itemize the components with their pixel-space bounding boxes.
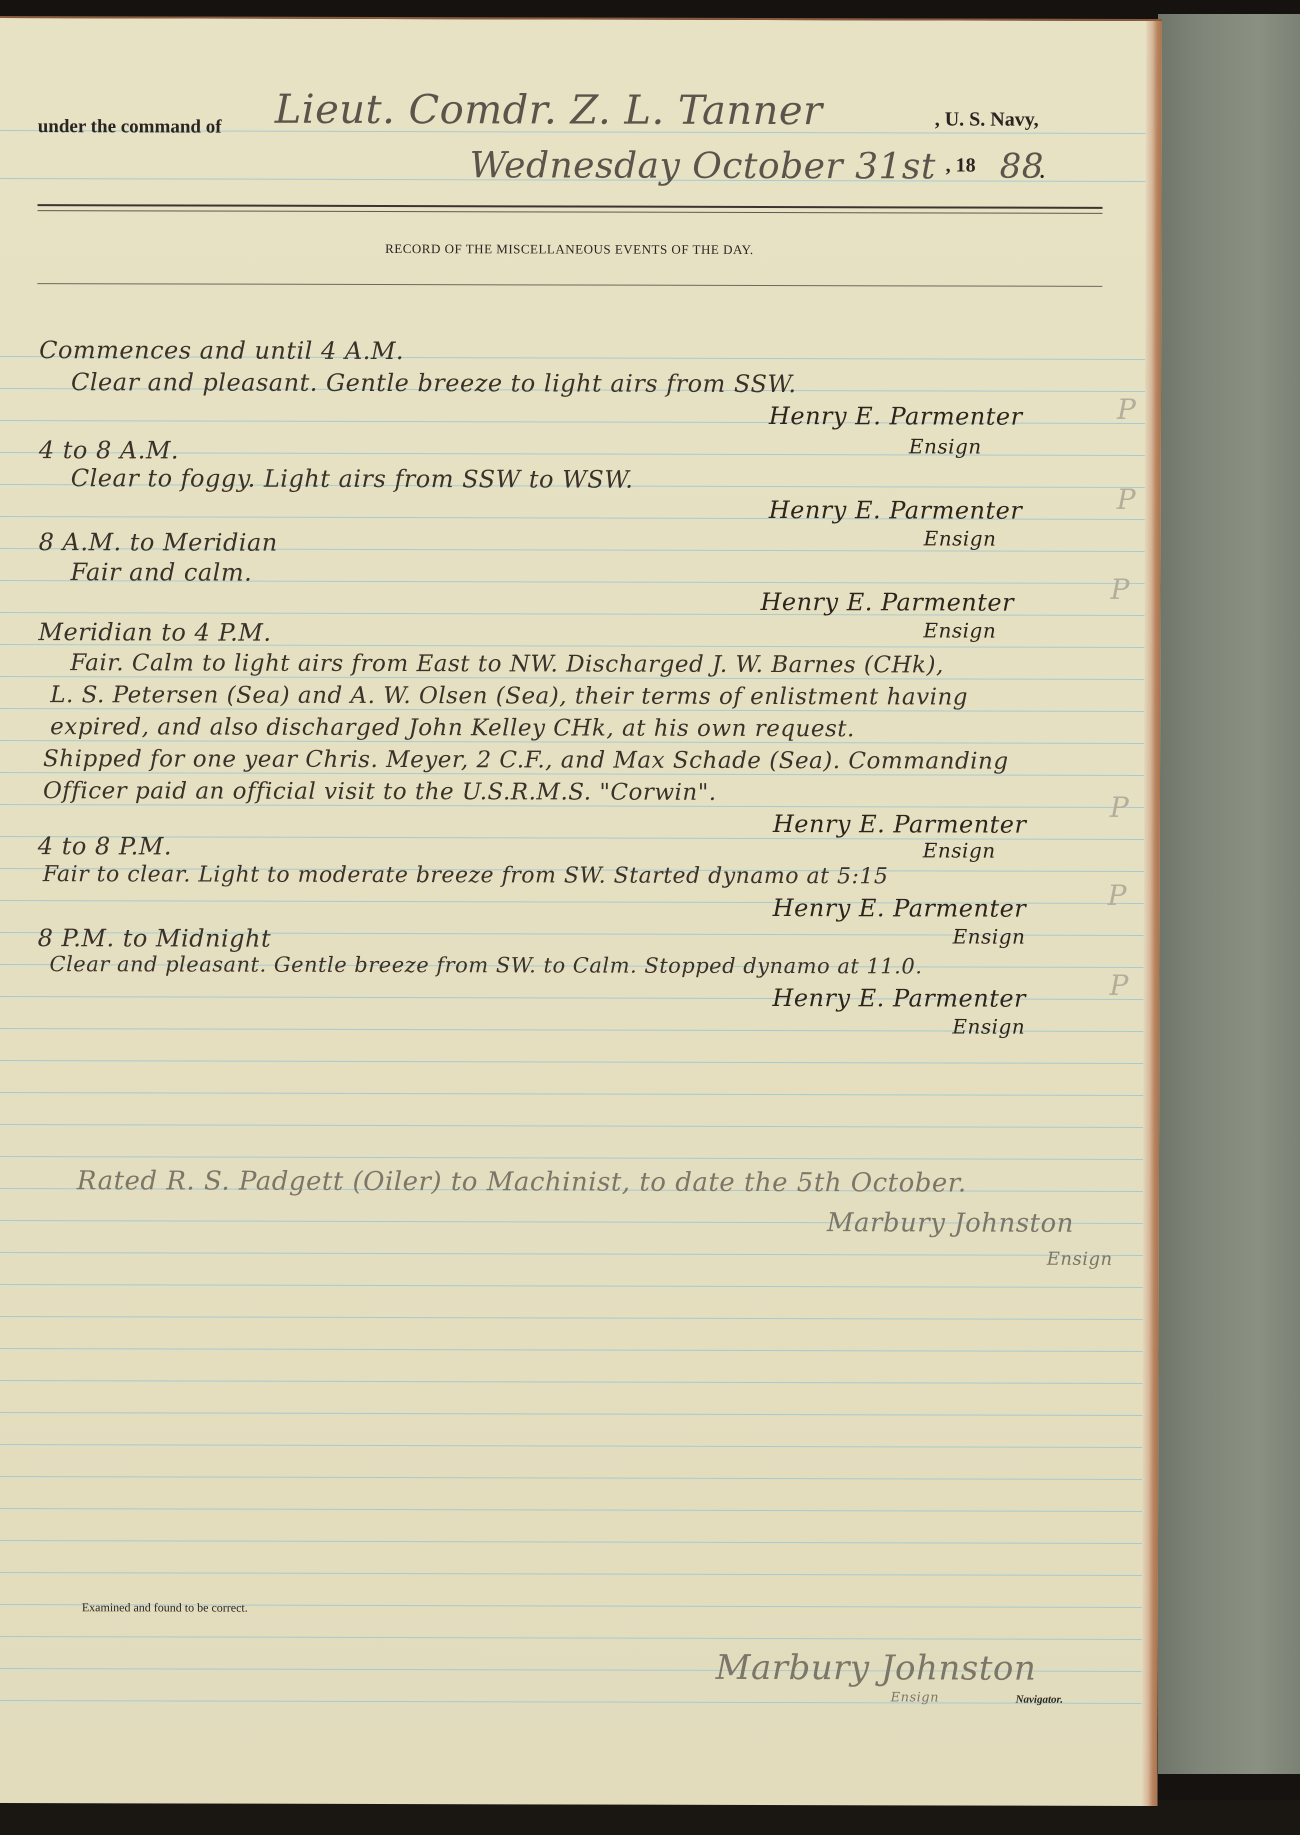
ruled-line <box>0 1124 1143 1128</box>
watch-entry-line: Clear to foggy. Light airs from SSW to W… <box>71 464 634 493</box>
watch-rank: Ensign <box>924 526 997 550</box>
watch-signature: Henry E. Parmenter <box>760 588 1014 617</box>
watch-rank: Ensign <box>923 838 996 862</box>
note-signature: Marbury Johnston <box>827 1208 1074 1239</box>
logbook-page: under the command of Lieut. Comdr. Z. L.… <box>0 16 1162 1806</box>
examined-label: Examined and found to be correct. <box>82 1600 248 1615</box>
ruled-line <box>0 1508 1142 1512</box>
watch-entry-line: Fair and calm. <box>71 558 253 586</box>
watch-period: Commences and until 4 A.M. <box>39 336 404 365</box>
watch-period: 4 to 8 P.M. <box>38 832 172 860</box>
book-cover <box>1158 14 1300 1774</box>
navigator-rank-handwritten: Ensign <box>891 1690 939 1705</box>
header-divider <box>37 210 1102 214</box>
year-prefix: , 18 <box>946 154 976 177</box>
watch-rank: Ensign <box>952 1014 1025 1038</box>
ruled-line <box>0 1092 1143 1096</box>
command-label: under the command of <box>38 116 222 138</box>
watch-rank: Ensign <box>909 434 982 458</box>
watch-signature: Henry E. Parmenter <box>769 402 1023 431</box>
margin-check-mark: P <box>1117 483 1136 516</box>
watch-entry-line: Fair to clear. Light to moderate breeze … <box>43 862 889 889</box>
ruled-line <box>0 1412 1142 1416</box>
ruled-line <box>0 1540 1142 1544</box>
margin-check-mark: P <box>1110 573 1129 606</box>
watch-signature: Henry E. Parmenter <box>769 496 1023 525</box>
watch-signature: Henry E. Parmenter <box>772 984 1026 1013</box>
ruled-line <box>0 1572 1142 1576</box>
rating-note: Rated R. S. Padgett (Oiler) to Machinist… <box>77 1166 967 1198</box>
section-divider <box>37 283 1102 287</box>
ruled-line <box>0 1252 1143 1256</box>
ruled-line <box>0 1700 1142 1704</box>
ruled-line <box>0 1156 1143 1160</box>
watch-entry-line: Officer paid an official visit to the U.… <box>43 778 717 806</box>
navy-label: , U. S. Navy, <box>935 108 1039 131</box>
year-suffix: 88 <box>1000 147 1044 187</box>
margin-check-mark: P <box>1108 879 1127 912</box>
year-period: . <box>1040 161 1045 184</box>
watch-entry-line: Shipped for one year Chris. Meyer, 2 C.F… <box>43 746 1009 775</box>
ruled-line <box>0 1316 1143 1320</box>
watch-period: 8 A.M. to Meridian <box>39 528 278 557</box>
watch-entry-line: Clear and pleasant. Gentle breeze from S… <box>49 952 922 978</box>
ruled-line <box>0 1636 1142 1640</box>
watch-entry-line: Fair. Calm to light airs from East to NW… <box>70 650 944 678</box>
ruled-line <box>0 1380 1142 1384</box>
header-divider <box>38 204 1103 209</box>
watch-period: 4 to 8 A.M. <box>39 436 179 464</box>
ruled-line <box>0 1444 1142 1448</box>
margin-check-mark: P <box>1110 791 1129 824</box>
navigator-rank-printed: Navigator. <box>1016 1694 1063 1706</box>
watch-entry-line: expired, and also discharged John Kelley… <box>50 714 855 742</box>
section-title: RECORD OF THE MISCELLANEOUS EVENTS OF TH… <box>0 240 1139 259</box>
margin-check-mark: P <box>1117 393 1136 426</box>
watch-signature: Henry E. Parmenter <box>773 894 1027 923</box>
watch-signature: Henry E. Parmenter <box>773 810 1027 839</box>
ruled-line <box>0 1348 1143 1352</box>
watch-period: 8 P.M. to Midnight <box>38 924 272 953</box>
note-rank: Ensign <box>1047 1249 1113 1270</box>
commander-name: Lieut. Comdr. Z. L. Tanner <box>275 87 823 134</box>
watch-entry-line: Clear and pleasant. Gentle breeze to lig… <box>71 368 797 398</box>
ruled-line <box>0 1060 1143 1064</box>
ruled-line <box>0 1284 1143 1288</box>
watch-entry-line: L. S. Petersen (Sea) and A. W. Olsen (Se… <box>50 682 968 710</box>
watch-period: Meridian to 4 P.M. <box>38 618 271 647</box>
watch-rank: Ensign <box>953 924 1026 948</box>
watch-rank: Ensign <box>923 618 996 642</box>
ruled-line <box>0 1476 1142 1480</box>
date-handwritten: Wednesday October 31st <box>470 145 936 187</box>
navigator-signature: Marbury Johnston <box>716 1648 1037 1689</box>
margin-check-mark: P <box>1109 969 1128 1002</box>
